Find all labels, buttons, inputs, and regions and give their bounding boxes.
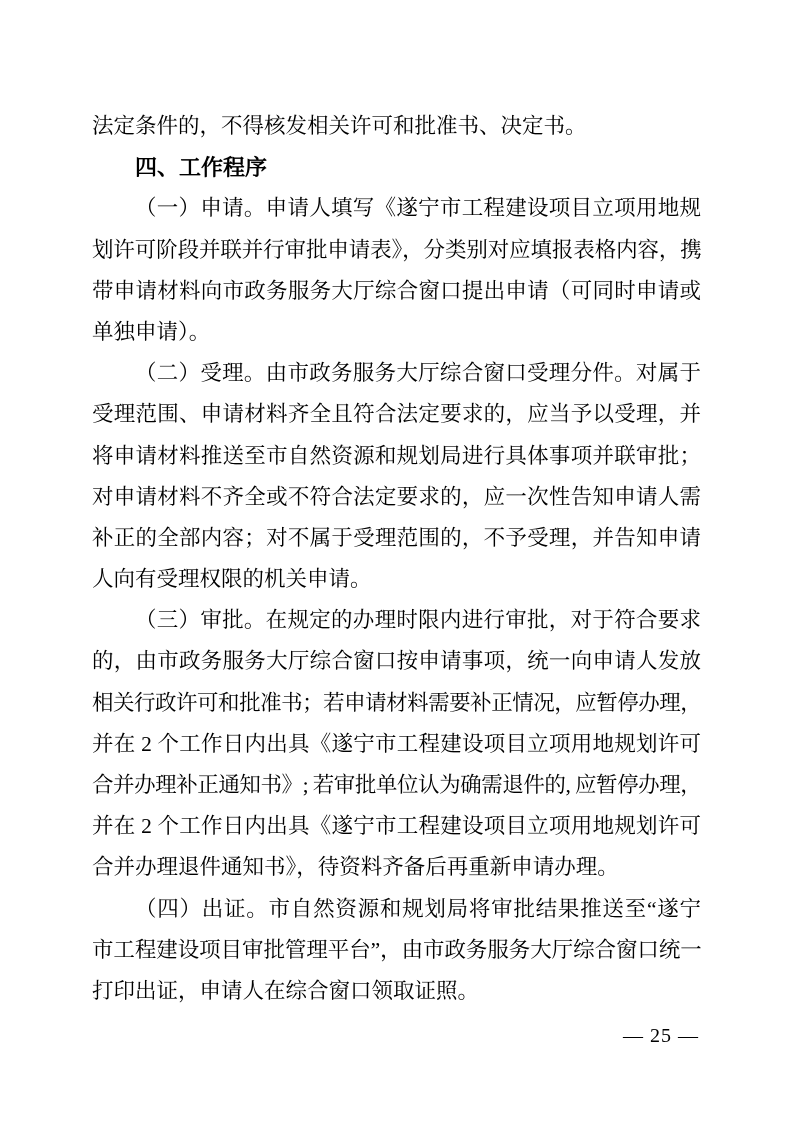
document-page: 法定条件的，不得核发相关许可和批准书、决定书。 四、工作程序 （一）申请。申请人… [0, 0, 793, 1122]
continuation-line: 法定条件的，不得核发相关许可和批准书、决定书。 [92, 106, 701, 147]
body-line: 打印出证，申请人在综合窗口领取证照。 [92, 971, 701, 1012]
body-line: （一）申请。申请人填写《遂宁市工程建设项目立项用地规 [92, 188, 701, 229]
body-line: （三）审批。在规定的办理时限内进行审批，对于符合要求 [92, 600, 701, 641]
body-line: 单独申请）。 [92, 312, 701, 353]
body-line: 并在 2 个工作日内出具《遂宁市工程建设项目立项用地规划许可 [92, 724, 701, 765]
paragraph-application: （一）申请。申请人填写《遂宁市工程建设项目立项用地规 划许可阶段并联并行审批申请… [92, 188, 701, 353]
paragraph-acceptance: （二）受理。由市政务服务大厅综合窗口受理分件。对属于 受理范围、申请材料齐全且符… [92, 353, 701, 600]
page-number: — 25 — [92, 1021, 701, 1051]
body-line: 合并办理补正通知书》; 若审批单位认为确需退件的, 应暂停办理， [92, 765, 701, 806]
body-line: 合并办理退件通知书》，待资料齐备后再重新申请办理。 [92, 847, 701, 888]
body-line: 相关行政许可和批准书；若申请材料需要补正情况，应暂停办理， [92, 683, 701, 724]
body-line: （二）受理。由市政务服务大厅综合窗口受理分件。对属于 [92, 353, 701, 394]
body-line: 市工程建设项目审批管理平台”，由市政务服务大厅综合窗口统一 [92, 930, 701, 971]
paragraph-approval: （三）审批。在规定的办理时限内进行审批，对于符合要求 的，由市政务服务大厅综合窗… [92, 600, 701, 888]
body-line: 的，由市政务服务大厅综合窗口按申请事项，统一向申请人发放 [92, 641, 701, 682]
body-line: 受理范围、申请材料齐全且符合法定要求的，应当予以受理，并 [92, 394, 701, 435]
document-body: 法定条件的，不得核发相关许可和批准书、决定书。 四、工作程序 （一）申请。申请人… [92, 106, 701, 1051]
body-line: 将申请材料推送至市自然资源和规划局进行具体事项并联审批； [92, 436, 701, 477]
body-line: 补正的全部内容；对不属于受理范围的，不予受理，并告知申请 [92, 518, 701, 559]
body-line: （四）出证。市自然资源和规划局将审批结果推送至“遂宁 [92, 889, 701, 930]
body-line: 带申请材料向市政务服务大厅综合窗口提出申请（可同时申请或 [92, 271, 701, 312]
paragraph-certificate: （四）出证。市自然资源和规划局将审批结果推送至“遂宁 市工程建设项目审批管理平台… [92, 889, 701, 1013]
body-line: 并在 2 个工作日内出具《遂宁市工程建设项目立项用地规划许可 [92, 806, 701, 847]
body-line: 对申请材料不齐全或不符合法定要求的，应一次性告知申请人需 [92, 477, 701, 518]
body-line: 划许可阶段并联并行审批申请表》，分类别对应填报表格内容，携 [92, 230, 701, 271]
section-heading: 四、工作程序 [92, 147, 701, 188]
body-line: 人向有受理权限的机关申请。 [92, 559, 701, 600]
